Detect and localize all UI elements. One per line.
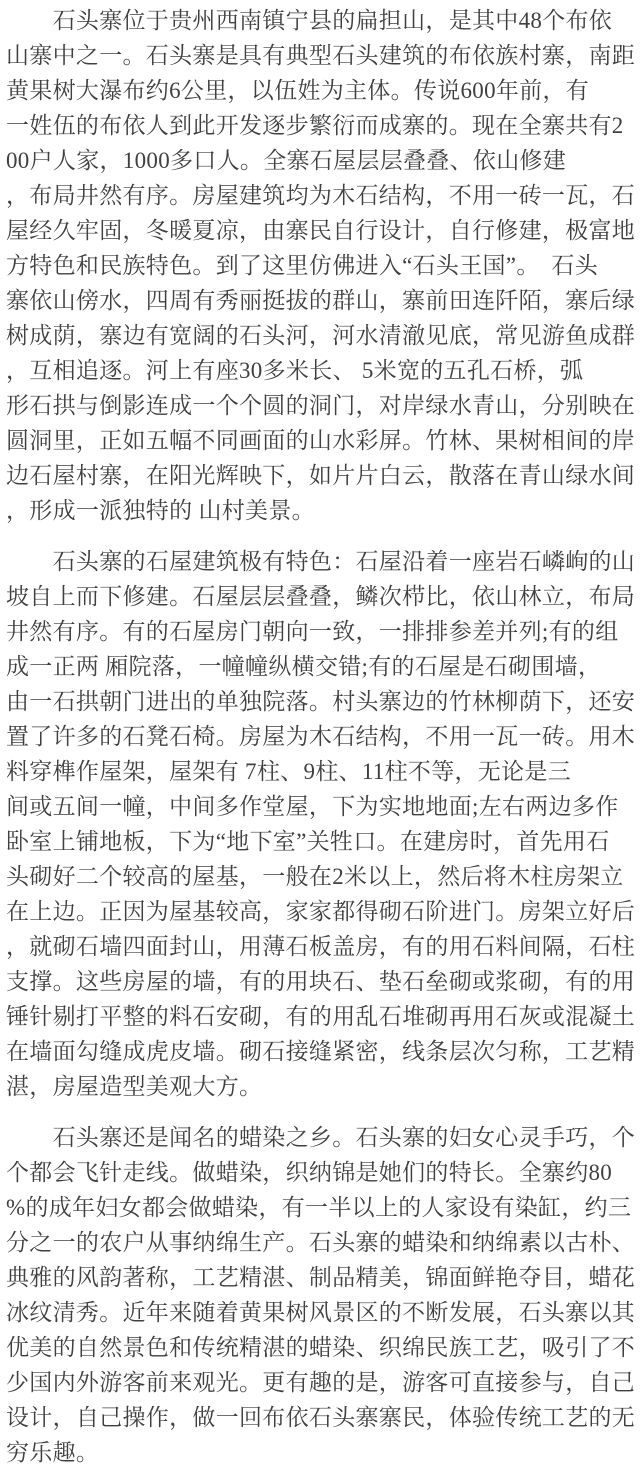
paragraph-village-intro: 石头寨位于贵州西南镇宁县的扁担山，是其中48个布依 山寨中之一。石头寨是具有典型… xyxy=(6,3,638,528)
paragraph-stone-architecture: 石头寨的石屋建筑极有特色：石屋沿着一座岩石嶙峋的山 坡自上而下修建。石屋层层叠叠… xyxy=(6,544,638,1104)
document-page: 石头寨位于贵州西南镇宁县的扁担山，是其中48个布依 山寨中之一。石头寨是具有典型… xyxy=(0,0,640,1471)
paragraph-batik-craft: 石头寨还是闻名的蜡染之乡。石头寨的妇女心灵手巧，个 个都会飞针走线。做蜡染，织纳… xyxy=(6,1120,638,1470)
